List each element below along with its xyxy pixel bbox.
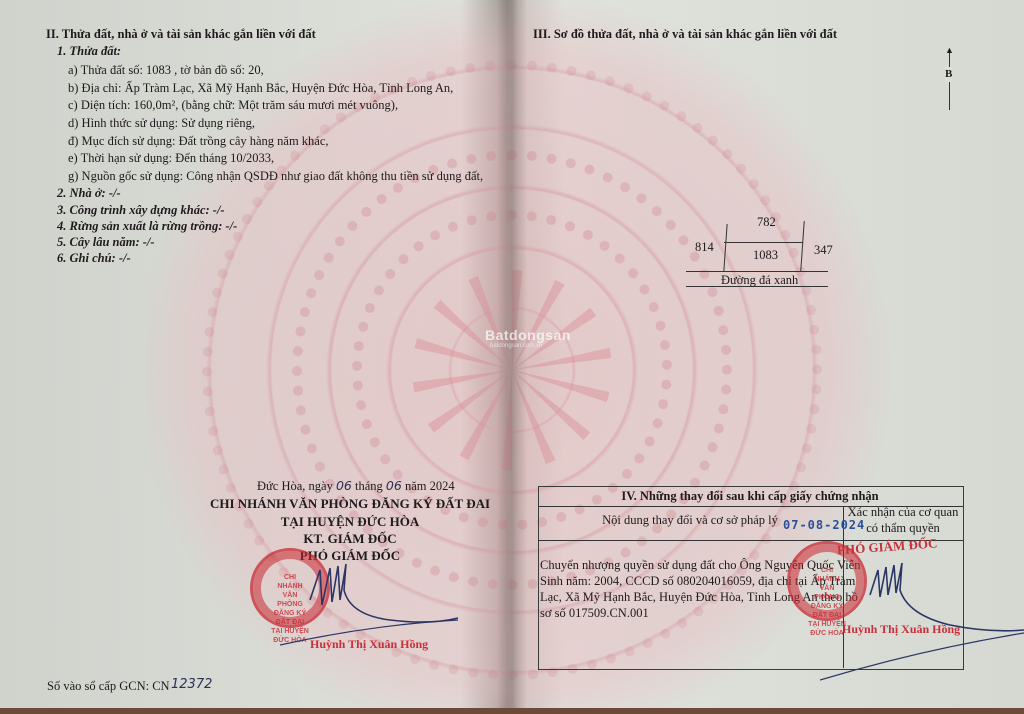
- watermark-sub: batdongsan.com.vn: [490, 343, 542, 349]
- parcel-number-label: 1083: [753, 248, 778, 263]
- north-label: B: [945, 67, 952, 82]
- registry-number: 12372: [171, 677, 212, 692]
- parcel-address: b) Địa chỉ: Ấp Tràm Lạc, Xã Mỹ Hạnh Bắc,…: [68, 81, 453, 96]
- col-content-header: Nội dung thay đổi và cơ sở pháp lý: [590, 513, 790, 528]
- signature-right: [820, 555, 1024, 685]
- section2-title: II. Thửa đất, nhà ở và tài sản khác gắn …: [46, 27, 316, 42]
- section4-title: IV. Những thay đổi sau khi cấp giấy chứn…: [538, 489, 962, 504]
- date-month-label: tháng: [355, 479, 383, 493]
- item-perennial-trees: 5. Cây lâu năm: -/-: [57, 235, 155, 250]
- role-line1: KT. GIÁM ĐỐC: [170, 531, 530, 546]
- item-other-construction: 3. Công trình xây dựng khác: -/-: [57, 203, 225, 218]
- change-line-4: sơ số 017509.CN.001: [540, 606, 649, 621]
- parcel-area: c) Diện tích: 160,0m², (bằng chữ: Một tr…: [68, 98, 398, 113]
- section3-title: III. Sơ đồ thửa đất, nhà ở và tài sản kh…: [533, 27, 837, 42]
- usage-origin: g) Nguồn gốc sử dụng: Công nhận QSDĐ như…: [68, 169, 483, 184]
- usage-form: d) Hình thức sử dụng: Sử dụng riêng,: [68, 116, 255, 131]
- date-year: năm 2024: [405, 479, 455, 493]
- parcel-north-boundary: [724, 242, 803, 243]
- usage-purpose: đ) Mục đích sử dụng: Đất trồng cây hàng …: [68, 134, 329, 149]
- usage-term: e) Thời hạn sử dụng: Đến tháng 10/2033,: [68, 151, 274, 166]
- item-planted-forest: 4. Rừng sản xuất là rừng trồng: -/-: [57, 219, 237, 234]
- west-neighbor-parcel: 814: [695, 240, 714, 255]
- item-house: 2. Nhà ở: -/-: [57, 186, 121, 201]
- org-line2: TẠI HUYỆN ĐỨC HÒA: [170, 514, 530, 529]
- page-fold: [497, 0, 527, 708]
- signer-name-left: Huỳnh Thị Xuân Hồng: [310, 637, 428, 652]
- road-edge-top: [686, 271, 828, 272]
- parcel-heading: 1. Thửa đất:: [57, 44, 121, 59]
- date-stamp: 07-08-2024: [783, 518, 865, 533]
- confirm-signer-name: Huỳnh Thị Xuân Hồng: [842, 622, 960, 637]
- road-label: Đường đá xanh: [721, 273, 798, 288]
- issue-date: Đức Hòa, ngày 06 tháng 06 năm 2024: [257, 478, 455, 494]
- date-prefix: Đức Hòa, ngày: [257, 479, 333, 493]
- date-month: 06: [386, 478, 402, 493]
- watermark-logo: Batdongsan: [485, 327, 571, 343]
- date-day: 06: [336, 478, 352, 493]
- north-arrow-icon: ▲: [945, 43, 954, 58]
- parcel-number: a) Thửa đất số: 1083 , tờ bản đồ số: 20,: [68, 63, 264, 78]
- certificate-sheet: Batdongsan batdongsan.com.vn II. Thửa đấ…: [0, 0, 1024, 708]
- north-neighbor-parcel: 782: [757, 215, 776, 230]
- registry-label: Số vào sổ cấp GCN: CN: [47, 679, 170, 694]
- org-line1: CHI NHÁNH VĂN PHÒNG ĐĂNG KÝ ĐẤT ĐAI: [170, 496, 530, 511]
- east-neighbor-parcel: 347: [814, 243, 833, 258]
- item-notes: 6. Ghi chú: -/-: [57, 251, 131, 266]
